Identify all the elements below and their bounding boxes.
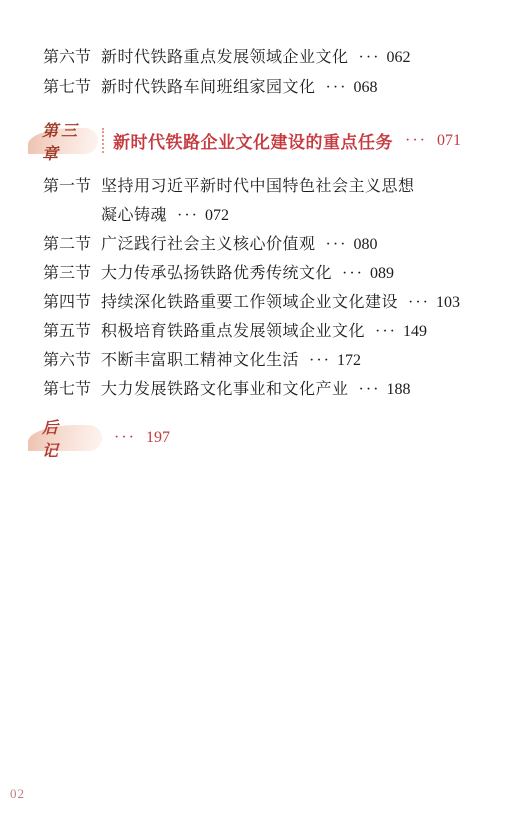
toc-entry: 第七节 大力发展铁路文化事业和文化产业 ··· 188 xyxy=(43,375,492,404)
afterword-page-number: 197 xyxy=(146,429,170,447)
toc-entry: 第二节 广泛践行社会主义核心价值观 ··· 080 xyxy=(43,230,492,259)
toc-entry: 第三节 大力传承弘扬铁路优秀传统文化 ··· 089 xyxy=(43,259,492,288)
toc-entry: 第一节 坚持用习近平新时代中国特色社会主义思想 xyxy=(43,172,492,201)
toc-entry: 第六节 不断丰富职工精神文化生活 ··· 172 xyxy=(43,346,492,375)
chapter-page-number: 071 xyxy=(437,132,461,150)
page-number: 062 xyxy=(387,43,411,73)
section-title: 不断丰富职工精神文化生活 xyxy=(101,346,299,375)
section-title: 大力传承弘扬铁路优秀传统文化 xyxy=(101,259,332,288)
section-list: 第一节 坚持用习近平新时代中国特色社会主义思想 凝心铸魂 ··· 072 第二节… xyxy=(43,172,492,404)
page-number: 068 xyxy=(354,73,378,103)
page-number: 188 xyxy=(387,375,411,404)
section-label: 第四节 xyxy=(43,288,101,317)
chapter-title: 新时代铁路企业文化建设的重点任务 xyxy=(113,128,393,153)
leader-dots: ··· xyxy=(405,132,427,150)
leader-dots: ··· xyxy=(177,201,199,230)
section-label: 第七节 xyxy=(43,73,101,103)
page-number: 172 xyxy=(337,346,361,375)
section-label: 第一节 xyxy=(43,172,101,201)
leader-dots: ··· xyxy=(359,43,381,73)
chapter-heading: 第三章 新时代铁路企业文化建设的重点任务 ··· 071 xyxy=(28,127,492,154)
folio-page-number: 02 xyxy=(10,786,25,802)
dotted-divider xyxy=(102,128,104,153)
toc-top-list: 第六节 新时代铁路重点发展领域企业文化 ··· 062 第七节 新时代铁路车间班… xyxy=(43,43,492,103)
leader-dots: ··· xyxy=(359,375,381,404)
leader-dots: ··· xyxy=(326,230,348,259)
afterword-label: 后 记 xyxy=(42,415,92,461)
toc-entry: 第五节 积极培育铁路重点发展领域企业文化 ··· 149 xyxy=(43,317,492,346)
section-label: 第二节 xyxy=(43,230,101,259)
section-label: 第六节 xyxy=(43,346,101,375)
section-title: 积极培育铁路重点发展领域企业文化 xyxy=(101,317,365,346)
page-number: 103 xyxy=(436,288,460,317)
toc-entry: 第六节 新时代铁路重点发展领域企业文化 ··· 062 xyxy=(43,43,492,73)
afterword-heading: 后 记 ··· 197 xyxy=(28,424,492,451)
section-title: 新时代铁路车间班组家园文化 xyxy=(101,73,316,103)
section-title: 广泛践行社会主义核心价值观 xyxy=(101,230,316,259)
leader-dots: ··· xyxy=(408,288,430,317)
page-number: 089 xyxy=(370,259,394,288)
leader-dots: ··· xyxy=(114,429,136,447)
section-title: 持续深化铁路重要工作领域企业文化建设 xyxy=(101,288,398,317)
toc-entry-continuation: 凝心铸魂 ··· 072 xyxy=(43,201,492,230)
toc-entry: 第四节 持续深化铁路重要工作领域企业文化建设 ··· 103 xyxy=(43,288,492,317)
section-title-continued: 凝心铸魂 xyxy=(101,201,167,230)
section-title: 大力发展铁路文化事业和文化产业 xyxy=(101,375,349,404)
chapter-badge: 第三章 xyxy=(28,128,98,154)
book-toc-page: 第六节 新时代铁路重点发展领域企业文化 ··· 062 第七节 新时代铁路车间班… xyxy=(0,0,522,821)
leader-dots: ··· xyxy=(309,346,331,375)
leader-dots: ··· xyxy=(326,73,348,103)
section-title: 新时代铁路重点发展领域企业文化 xyxy=(101,43,349,73)
toc-content: 第六节 新时代铁路重点发展领域企业文化 ··· 062 第七节 新时代铁路车间班… xyxy=(0,0,522,451)
page-number: 080 xyxy=(354,230,378,259)
leader-dots: ··· xyxy=(375,317,397,346)
section-label: 第六节 xyxy=(43,43,101,73)
page-number: 149 xyxy=(403,317,427,346)
section-label: 第七节 xyxy=(43,375,101,404)
chapter-label: 第三章 xyxy=(42,118,88,164)
page-number: 072 xyxy=(205,201,229,230)
toc-entry: 第七节 新时代铁路车间班组家园文化 ··· 068 xyxy=(43,73,492,103)
section-title: 坚持用习近平新时代中国特色社会主义思想 xyxy=(101,172,415,201)
section-label: 第五节 xyxy=(43,317,101,346)
section-label: 第三节 xyxy=(43,259,101,288)
afterword-badge: 后 记 xyxy=(28,425,102,451)
leader-dots: ··· xyxy=(342,259,364,288)
